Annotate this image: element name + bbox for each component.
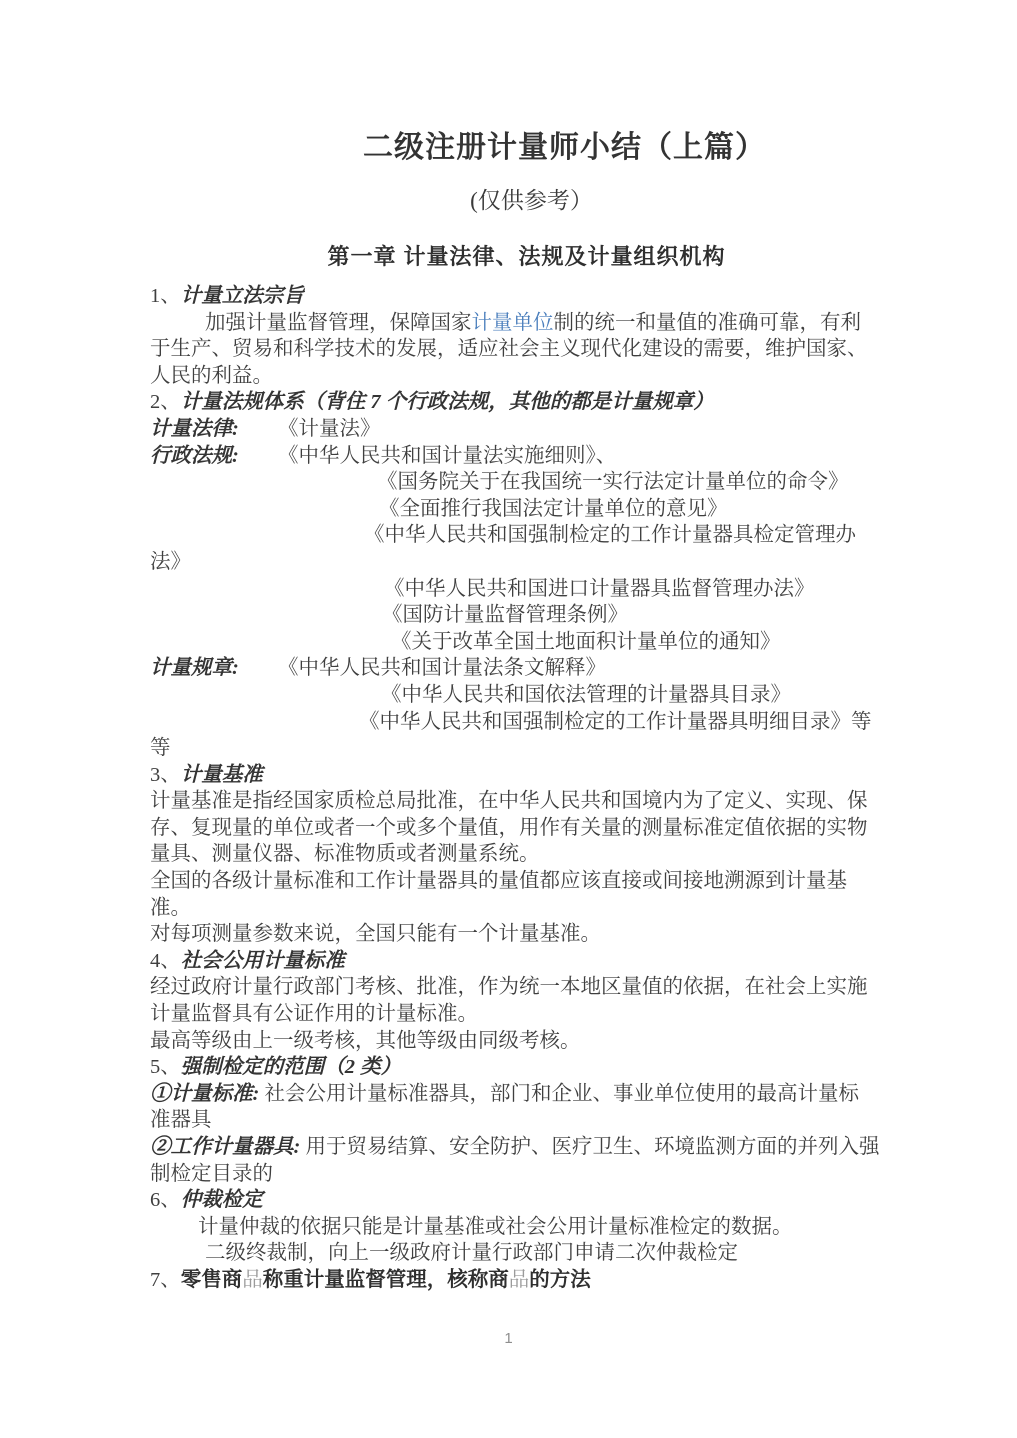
text-run: 1、	[150, 285, 181, 307]
tab-label: 行政法规:	[150, 443, 278, 470]
bold-heading-run: 称重计量监督管理，核称商	[263, 1268, 509, 1291]
text-line-22: 量具、测量仪器、标准物质或者测量系统。	[150, 841, 900, 868]
text-line-27: 经过政府计量行政部门考核、批准，作为统一本地区量值的依据，在社会上实施	[150, 974, 900, 1001]
text-line-28: 计量监督具有公证作用的计量标准。	[150, 1001, 900, 1028]
text-run: 存、复现量的单位或者一个或多个量值，用作有关量的测量标准定值依据的实物	[150, 817, 868, 839]
text-run: 准。	[150, 897, 191, 919]
text-line-5: 2、计量法规体系（背住 7 个行政法规，其他的都是计量规章）	[150, 389, 900, 416]
section-title-run: ①计量标准:	[150, 1083, 259, 1105]
text-line-23: 全国的各级计量标准和工作计量器具的量值都应该直接或间接地溯源到计量基	[150, 868, 900, 895]
chapter-heading: 第一章 计量法律、法规及计量组织机构	[158, 240, 895, 271]
text-line-20: 计量基准是指经国家质检总局批准，在中华人民共和国境内为了定义、实现、保	[150, 788, 900, 815]
text-line-6: 计量法律:《计量法》	[150, 416, 900, 443]
text-run: 《中华人民共和国强制检定的工作计量器具检定管理办	[364, 524, 856, 546]
text-line-7: 行政法规:《中华人民共和国计量法实施细则》、	[150, 443, 900, 470]
text-line-19: 3、计量基准	[150, 762, 900, 789]
text-run: 等	[150, 737, 171, 759]
bold-heading-run: 的方法	[529, 1268, 591, 1291]
text-line-17: 《中华人民共和国强制检定的工作计量器具明细目录》等	[150, 709, 900, 736]
text-line-33: ②工作计量器具: 用于贸易结算、安全防护、医疗卫生、环境监测方面的并列入强	[150, 1134, 900, 1161]
text-line-21: 存、复现量的单位或者一个或多个量值，用作有关量的测量标准定值依据的实物	[150, 815, 900, 842]
text-line-13: 《国防计量监督管理条例》	[150, 602, 900, 629]
text-run: 用于贸易结算、安全防护、医疗卫生、环境监测方面的并列入强	[300, 1136, 879, 1158]
section-title-run: 强制检定的范围（2 类）	[181, 1056, 401, 1078]
text-line-24: 准。	[150, 895, 900, 922]
text-run: 计量仲裁的依据只能是计量基准或社会公用计量标准检定的数据。	[198, 1216, 793, 1238]
text-run: 《中华人民共和国计量法条文解释》	[278, 657, 606, 679]
section-title-run: ②工作计量器具:	[150, 1136, 300, 1158]
text-line-9: 《全面推行我国法定计量单位的意见》	[150, 496, 900, 523]
section-title-run: 计量基准	[181, 764, 263, 786]
text-line-2: 加强计量监督管理，保障国家计量单位制的统一和量值的准确可靠，有利	[150, 310, 900, 337]
text-run: 3、	[150, 764, 181, 786]
text-run: 《国务院关于在我国统一实行法定计量单位的命令》	[377, 471, 849, 493]
page-number: 1	[0, 1330, 1017, 1347]
text-run: 《中华人民共和国计量法实施细则》、	[278, 445, 616, 467]
text-line-29: 最高等级由上一级考核，其他等级由同级考核。	[150, 1028, 900, 1055]
text-run: 计量基准是指经国家质检总局批准，在中华人民共和国境内为了定义、实现、保	[150, 790, 868, 812]
text-run: 《计量法》	[278, 418, 381, 440]
text-line-15: 计量规章:《中华人民共和国计量法条文解释》	[150, 655, 900, 682]
text-line-12: 《中华人民共和国进口计量器具监督管理办法》	[150, 576, 900, 603]
text-run: 量具、测量仪器、标准物质或者测量系统。	[150, 843, 540, 865]
text-run: 人民的利益。	[150, 365, 273, 387]
text-run: 于生产、贸易和科学技术的发展，适应社会主义现代化建设的需要，维护国家、	[150, 338, 868, 360]
bold-heading-run: 零售商	[181, 1268, 243, 1291]
text-run: 全国的各级计量标准和工作计量器具的量值都应该直接或间接地溯源到计量基	[150, 870, 847, 892]
text-run: 制检定目录的	[150, 1163, 273, 1185]
text-run: 加强计量监督管理，保障国家	[205, 312, 472, 334]
text-run: 《中华人民共和国依法管理的计量器具目录》	[381, 684, 791, 706]
text-line-34: 制检定目录的	[150, 1161, 900, 1188]
document-body: 1、计量立法宗旨加强计量监督管理，保障国家计量单位制的统一和量值的准确可靠，有利…	[150, 283, 900, 1294]
text-run: 计量监督具有公证作用的计量标准。	[150, 1003, 478, 1025]
text-line-16: 《中华人民共和国依法管理的计量器具目录》	[150, 682, 900, 709]
text-run: 《关于改革全国土地面积计量单位的通知》	[391, 631, 781, 653]
document-subtitle-note: (仅供参考）	[163, 187, 900, 215]
text-line-1: 1、计量立法宗旨	[150, 283, 900, 310]
text-run: 最高等级由上一级考核，其他等级由同级考核。	[150, 1030, 581, 1052]
document-title: 二级注册计量师小结（上篇）	[196, 130, 933, 166]
text-line-3: 于生产、贸易和科学技术的发展，适应社会主义现代化建设的需要，维护国家、	[150, 336, 900, 363]
section-title-run: 仲裁检定	[181, 1189, 263, 1211]
text-line-25: 对每项测量参数来说，全国只能有一个计量基准。	[150, 921, 900, 948]
tab-label: 计量法律:	[150, 416, 278, 443]
text-run: 2、	[150, 391, 181, 413]
text-line-37: 二级终裁制，向上一级政府计量行政部门申请二次仲裁检定	[150, 1240, 900, 1267]
section-title-run: 社会公用计量标准	[181, 950, 345, 972]
hyperlink[interactable]: 计量单位	[472, 312, 554, 334]
text-run: 社会公用计量标准器具，部门和企业、事业单位使用的最高计量标	[259, 1083, 859, 1105]
text-run: 5、	[150, 1056, 181, 1078]
text-run: 制的统一和量值的准确可靠，有利	[554, 312, 862, 334]
section-title-run: 计量法规体系（背住 7 个行政法规，其他的都是计量规章）	[181, 391, 714, 413]
text-line-36: 计量仲裁的依据只能是计量基准或社会公用计量标准检定的数据。	[150, 1214, 900, 1241]
text-line-32: 准器具	[150, 1107, 900, 1134]
light-char: 品	[242, 1269, 263, 1291]
text-run: 《全面推行我国法定计量单位的意见》	[379, 498, 728, 520]
section-title-run: 计量立法宗旨	[181, 285, 304, 307]
text-run: 6、	[150, 1189, 181, 1211]
text-run: 经过政府计量行政部门考核、批准，作为统一本地区量值的依据，在社会上实施	[150, 976, 868, 998]
light-char: 品	[509, 1269, 530, 1291]
text-line-18: 等	[150, 735, 900, 762]
text-run: 4、	[150, 950, 181, 972]
tab-label: 计量规章:	[150, 655, 278, 682]
text-line-11: 法》	[150, 549, 900, 576]
text-line-38: 7、零售商品称重计量监督管理，核称商品的方法	[150, 1267, 900, 1294]
text-line-31: ①计量标准: 社会公用计量标准器具，部门和企业、事业单位使用的最高计量标	[150, 1081, 900, 1108]
text-run: 《中华人民共和国强制检定的工作计量器具明细目录》等	[359, 711, 872, 733]
text-line-35: 6、仲裁检定	[150, 1187, 900, 1214]
text-line-30: 5、强制检定的范围（2 类）	[150, 1054, 900, 1081]
text-run: 7、	[150, 1269, 181, 1291]
text-run: 法》	[150, 551, 191, 573]
text-run: 《国防计量监督管理条例》	[382, 604, 628, 626]
document-page: 二级注册计量师小结（上篇） (仅供参考） 第一章 计量法律、法规及计量组织机构 …	[0, 0, 1017, 1438]
text-line-26: 4、社会公用计量标准	[150, 948, 900, 975]
text-run: 准器具	[150, 1109, 212, 1131]
text-line-8: 《国务院关于在我国统一实行法定计量单位的命令》	[150, 469, 900, 496]
text-line-4: 人民的利益。	[150, 363, 900, 390]
text-line-14: 《关于改革全国土地面积计量单位的通知》	[150, 629, 900, 656]
text-line-10: 《中华人民共和国强制检定的工作计量器具检定管理办	[150, 522, 900, 549]
text-run: 对每项测量参数来说，全国只能有一个计量基准。	[150, 923, 601, 945]
text-run: 二级终裁制，向上一级政府计量行政部门申请二次仲裁检定	[205, 1242, 738, 1264]
text-run: 《中华人民共和国进口计量器具监督管理办法》	[384, 578, 815, 600]
